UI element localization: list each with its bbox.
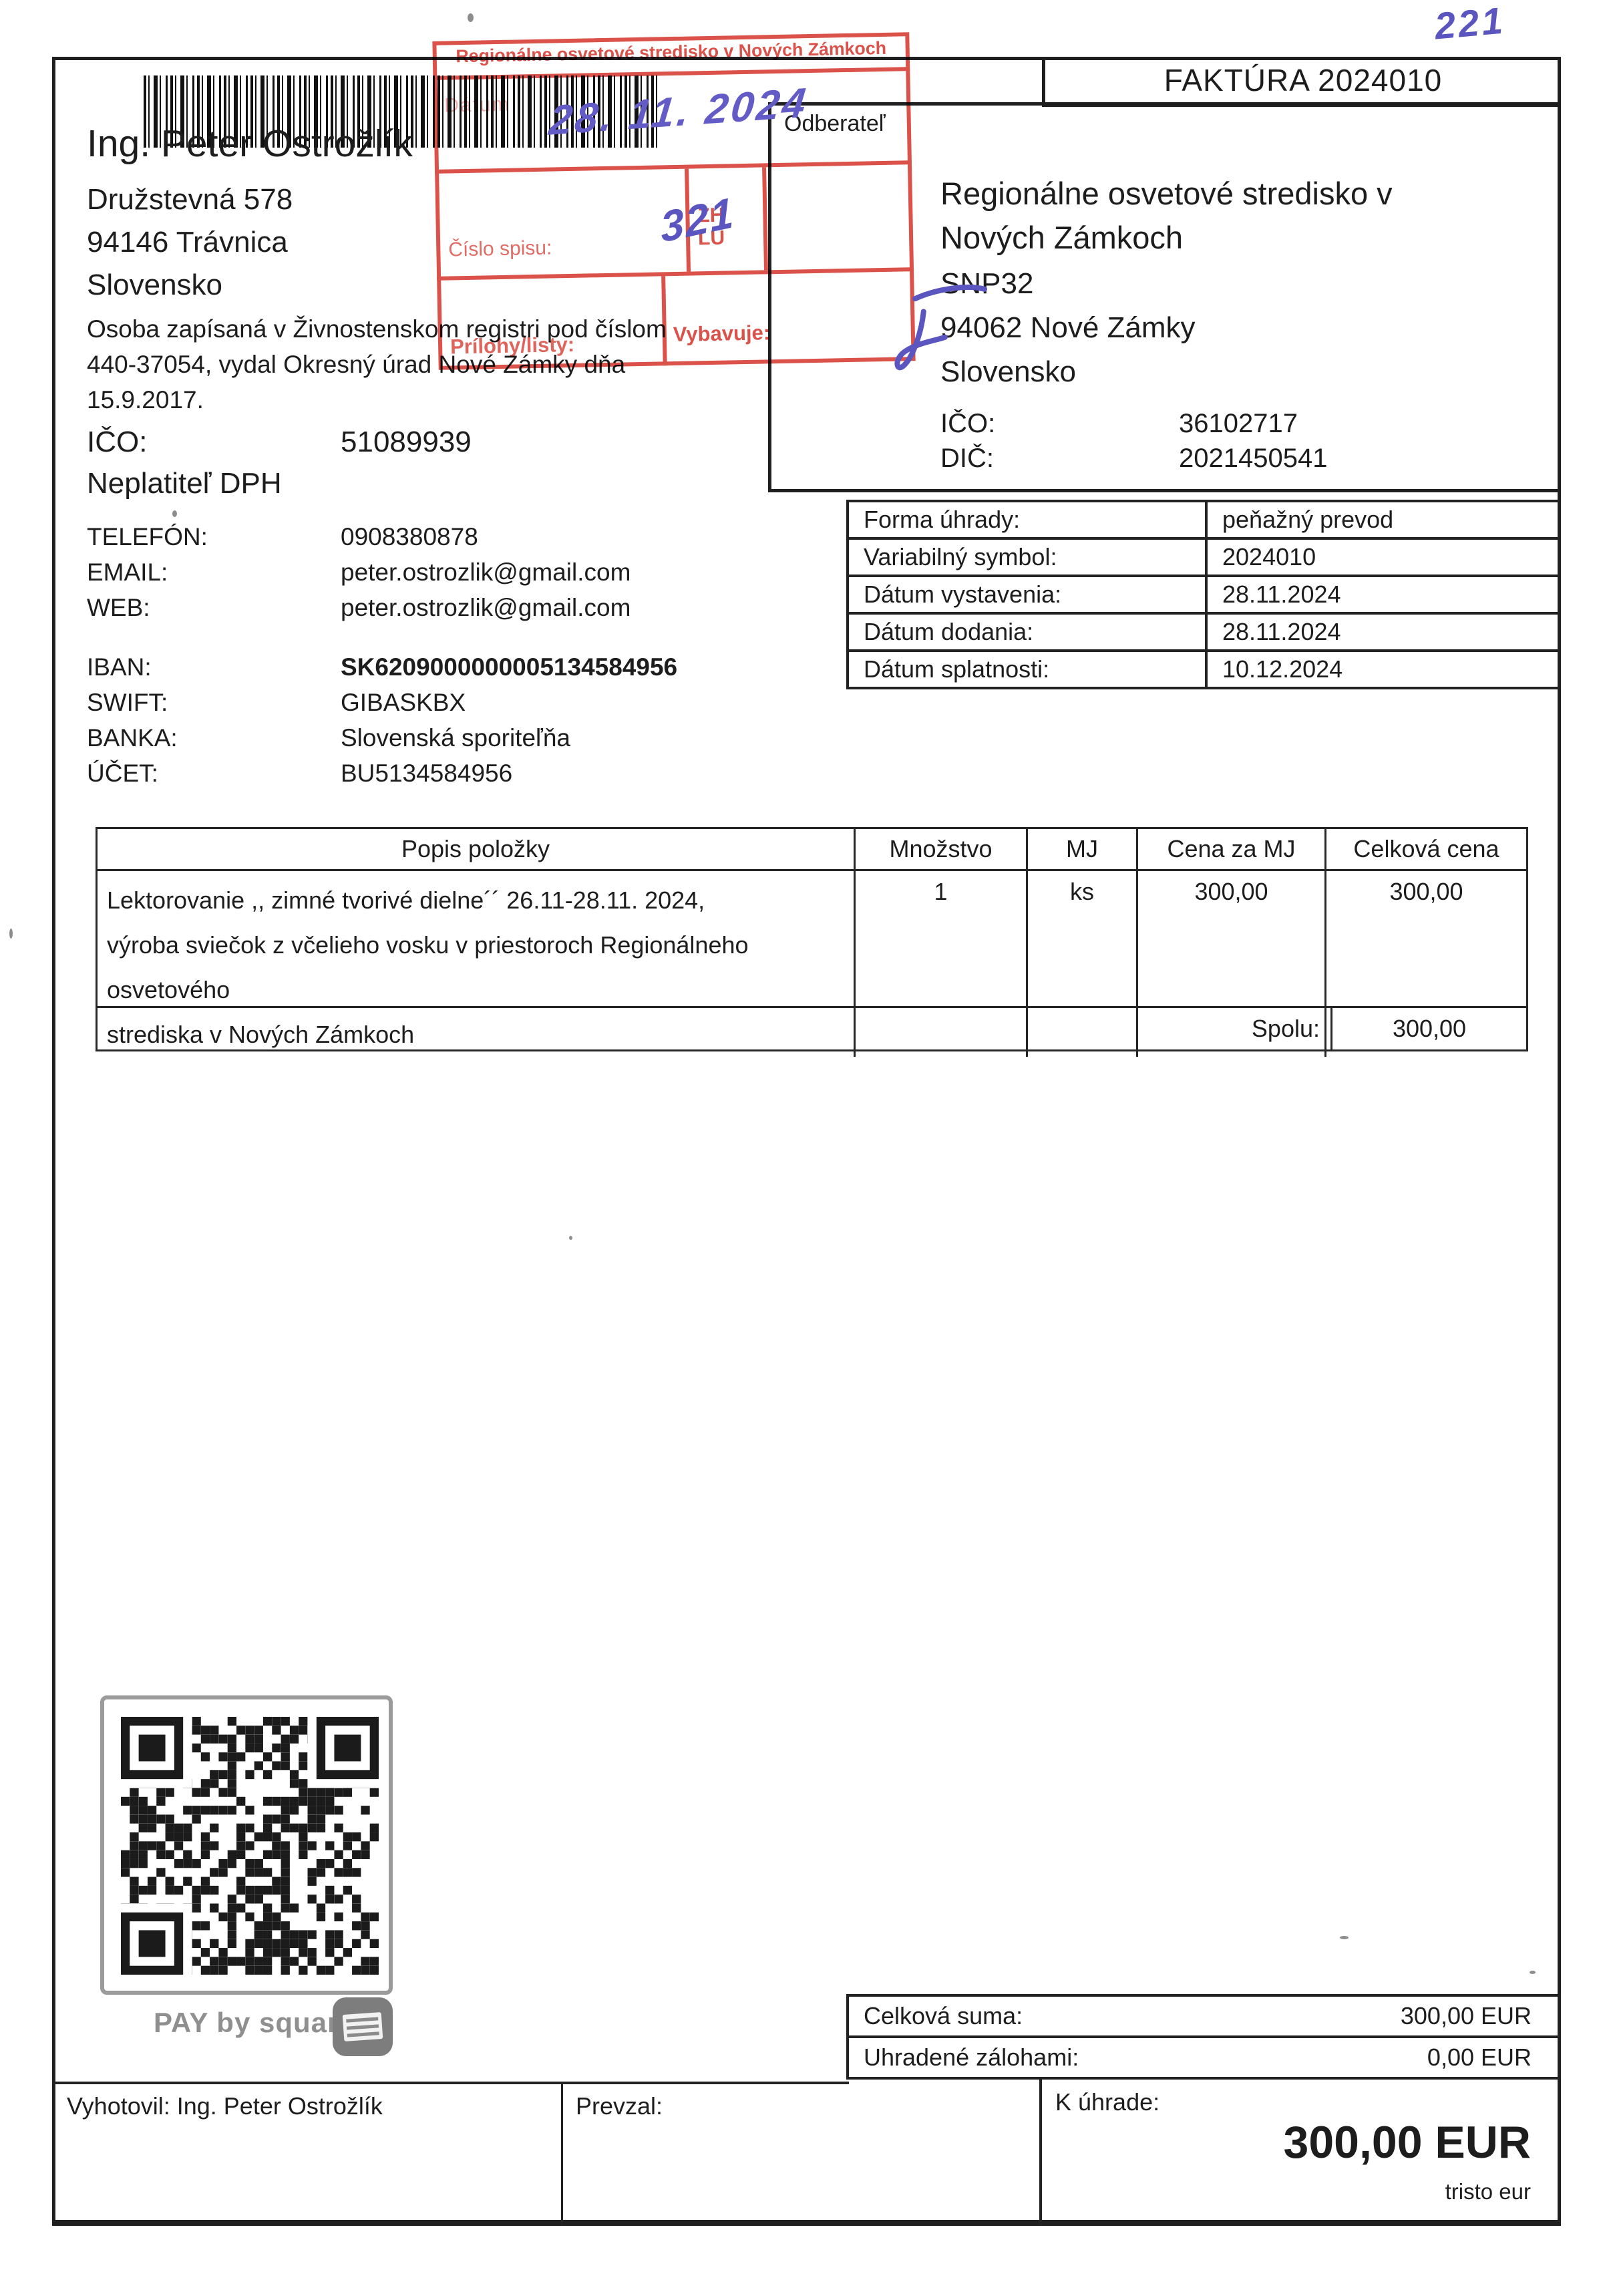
supplier-ico-value: 51089939 [341, 426, 472, 459]
scan-speck [569, 1236, 572, 1240]
scan-speck [9, 929, 13, 939]
item-row: Lektorovanie ,, zimné tvorivé dielne´´ 2… [98, 871, 1526, 1006]
footer-due-words: tristo eur [1055, 2179, 1531, 2204]
footer-due-label: K úhrade: [1055, 2088, 1159, 2116]
invoice-title: FAKTÚRA 2024010 [1042, 57, 1561, 107]
payment-value: peňažný prevod [1205, 502, 1558, 537]
scan-speck [1530, 1971, 1536, 1974]
supplier-name: Ing. Peter Ostrožlík [87, 122, 413, 166]
payment-row: Dátum dodania: 28.11.2024 [849, 615, 1558, 652]
payment-row: Variabilný symbol: 2024010 [849, 540, 1558, 577]
payment-row: Dátum vystavenia: 28.11.2024 [849, 577, 1558, 615]
item-description-line: Lektorovanie ,, zimné tvorivé dielne´´ 2… [107, 878, 854, 923]
bank-label: IBAN: [87, 653, 152, 681]
contact-label: TELEFÓN: [87, 523, 208, 551]
registration-note-line: 15.9.2017. [87, 382, 761, 418]
scan-speck [468, 13, 474, 22]
stamp-handler-label: Vybavuje: [673, 321, 770, 347]
items-total-value: 300,00 [1330, 1008, 1526, 1049]
footer-issued-by: Vyhotovil: Ing. Peter Ostrožlík [67, 2092, 383, 2120]
payment-label: Dátum dodania: [849, 615, 1205, 649]
customer-ico-value: 36102717 [1179, 409, 1298, 439]
footer-divider [561, 2083, 563, 2226]
customer-name-line: Nových Zámkoch [940, 219, 1183, 256]
qr-code-frame [100, 1695, 393, 1995]
totals-label: Celková suma: [849, 1997, 1205, 2035]
bank-value-bank-name: Slovenská sporiteľňa [341, 724, 570, 752]
bank-value-iban: SK6209000000005134584956 [341, 653, 677, 681]
payment-label: Dátum vystavenia: [849, 577, 1205, 612]
supplier-address-line: Slovensko [87, 269, 222, 302]
totals-value: 300,00 EUR [1205, 1997, 1558, 2035]
contact-label: WEB: [87, 594, 150, 622]
totals-value: 0,00 EUR [1205, 2038, 1558, 2077]
payment-label: Dátum splatnosti: [849, 652, 1205, 687]
payment-value: 28.11.2024 [1205, 577, 1558, 612]
bank-label: ÚČET: [87, 760, 158, 788]
bank-label: BANKA: [87, 724, 178, 752]
items-header-row: Popis položky Množstvo MJ Cena za MJ Cel… [98, 829, 1526, 871]
scan-speck [172, 510, 177, 517]
handwritten-page-number: 221 [1433, 0, 1507, 47]
customer-ico-label: IČO: [940, 409, 995, 439]
items-total-label: Spolu: [98, 1008, 1330, 1049]
bank-value-swift: GIBASKBX [341, 689, 466, 717]
payment-row: Forma úhrady: peňažný prevod [849, 502, 1558, 540]
payment-value: 2024010 [1205, 540, 1558, 575]
pay-by-square-caption: PAY by square [154, 2007, 355, 2039]
supplier-ico-label: IČO: [87, 426, 147, 459]
qr-code [121, 1717, 379, 1975]
contact-value: peter.ostrozlik@gmail.com [341, 594, 631, 622]
footer-due-amount: 300,00 EUR [1055, 2116, 1531, 2168]
items-header-cell: Množstvo [856, 829, 1028, 869]
payment-value: 10.12.2024 [1205, 652, 1558, 687]
payment-row: Dátum splatnosti: 10.12.2024 [849, 652, 1558, 687]
stamp-attachments-label: Prílohy/listy: [450, 333, 575, 359]
contact-label: EMAIL: [87, 558, 168, 587]
bank-value-account: BU5134584956 [341, 760, 512, 788]
handwritten-initials [883, 275, 990, 385]
totals-label: Uhradené zálohami: [849, 2038, 1205, 2077]
vat-note: Neplatiteľ DPH [87, 467, 282, 500]
items-table: Popis položky Množstvo MJ Cena za MJ Cel… [96, 827, 1528, 1051]
scanned-invoice-page: { "invoice": { "title": "FAKTÚRA 2024010… [0, 0, 1609, 2296]
items-header-cell: Popis položky [98, 829, 856, 869]
scan-speck [1340, 1936, 1349, 1939]
totals-row: Celková suma: 300,00 EUR [849, 1997, 1558, 2038]
payment-info-table: Forma úhrady: peňažný prevod Variabilný … [846, 500, 1561, 689]
totals-table: Celková suma: 300,00 EUR Uhradené záloha… [846, 1994, 1561, 2080]
payment-label: Forma úhrady: [849, 502, 1205, 537]
stamp-date-label: Dátum [444, 94, 510, 118]
contact-value: peter.ostrozlik@gmail.com [341, 558, 631, 587]
supplier-address-line: 94146 Trávnica [87, 226, 288, 259]
footer-divider [52, 2082, 849, 2084]
totals-row: Uhradené zálohami: 0,00 EUR [849, 2038, 1558, 2077]
stamp-file-label: Číslo spisu: [448, 237, 552, 262]
footer-received-label: Prevzal: [576, 2092, 663, 2120]
supplier-address-line: Družstevná 578 [87, 183, 293, 216]
bank-label: SWIFT: [87, 689, 168, 717]
items-total-row: Spolu: 300,00 [98, 1006, 1526, 1049]
customer-dic-value: 2021450541 [1179, 444, 1327, 474]
item-description-line: výroba sviečok z včelieho vosku v priest… [107, 923, 854, 1012]
footer-divider [1039, 2080, 1042, 2226]
pay-by-square-card-icon [333, 1997, 393, 2056]
items-header-cell: MJ [1028, 829, 1138, 869]
customer-name-line: Regionálne osvetové stredisko v [940, 175, 1393, 212]
items-header-cell: Celková cena [1326, 829, 1526, 869]
contact-value: 0908380878 [341, 523, 478, 551]
payment-label: Variabilný symbol: [849, 540, 1205, 575]
payment-value: 28.11.2024 [1205, 615, 1558, 649]
items-header-cell: Cena za MJ [1138, 829, 1326, 869]
customer-dic-label: DIČ: [940, 444, 994, 474]
